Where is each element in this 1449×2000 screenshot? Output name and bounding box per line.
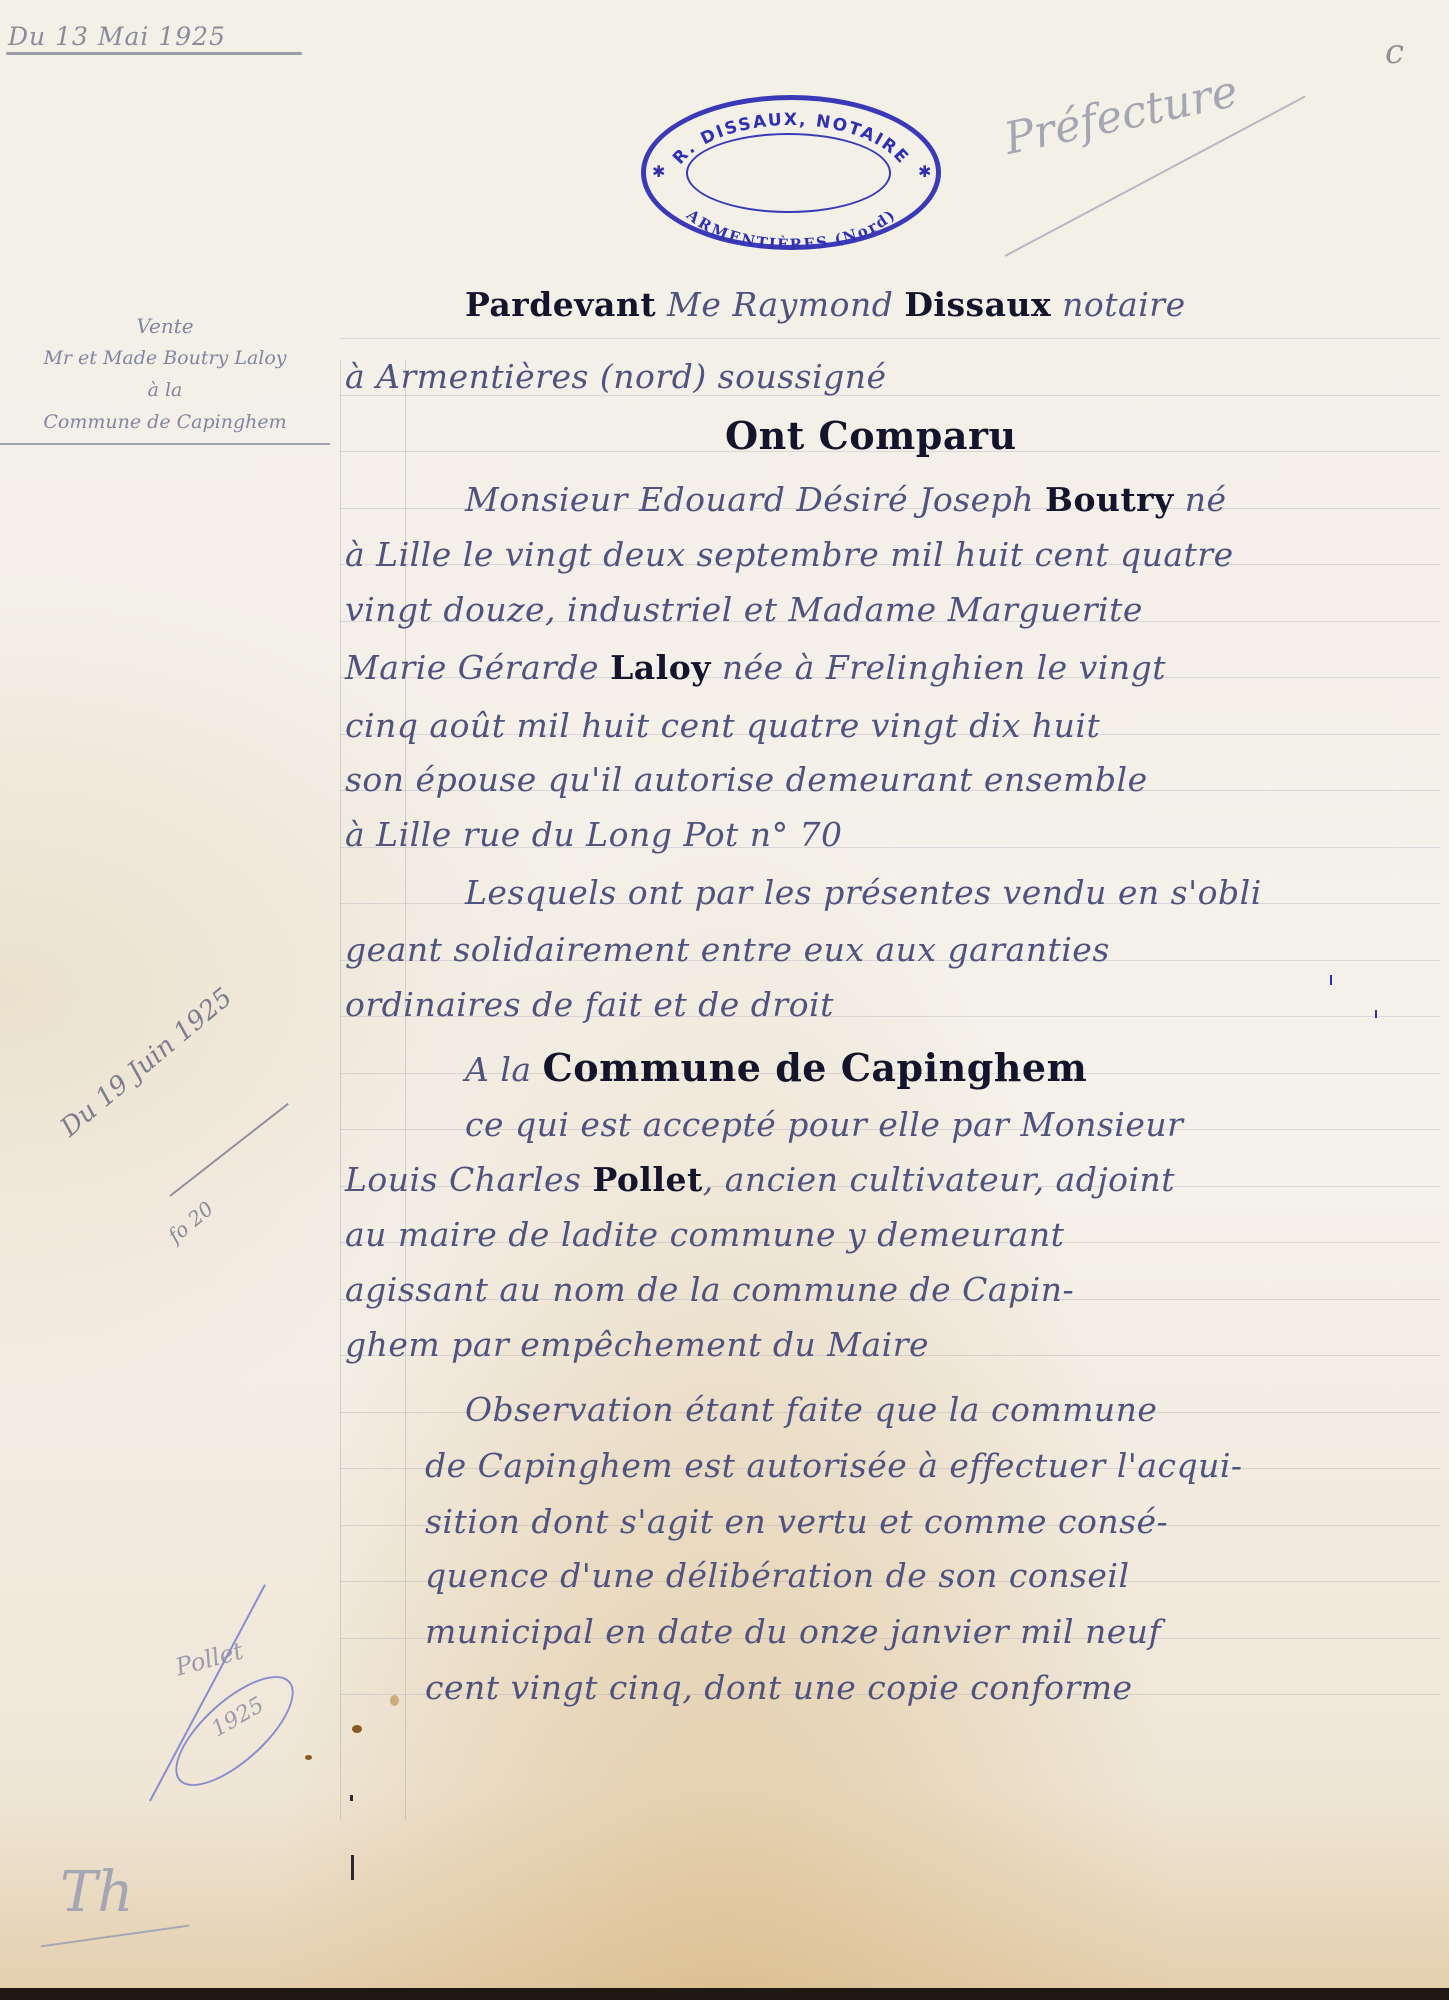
emphasized-name: Commune de Capinghem: [543, 1045, 1088, 1090]
deed-text-line: à Armentières (nord) soussigné: [345, 357, 1440, 396]
text-run: ce qui est accepté pour elle par Monsieu…: [465, 1105, 1183, 1144]
text-run: née à Frelinghien le vingt: [711, 648, 1166, 687]
text-run: Me Raymond: [656, 285, 904, 324]
deed-text-line: à Lille le vingt deux septembre mil huit…: [345, 535, 1440, 574]
text-run: A la: [465, 1050, 543, 1089]
deed-text-line: vingt douze, industriel et Madame Margue…: [345, 590, 1440, 629]
stain: [352, 1725, 362, 1733]
deed-text-line: Pardevant Me Raymond Dissaux notaire: [345, 285, 1449, 324]
margin-note-underline: [0, 443, 330, 445]
deed-text-line: ordinaires de fait et de droit: [345, 985, 1440, 1024]
text-run: à Armentières (nord) soussigné: [345, 357, 887, 396]
text-run: cent vingt cinq, dont une copie conforme: [425, 1668, 1133, 1707]
text-run: Louis Charles: [345, 1160, 592, 1199]
emphasized-name: Dissaux: [904, 285, 1051, 324]
text-run: né: [1174, 480, 1227, 519]
date-note: Du 13 Mai 1925: [8, 22, 226, 51]
date-underline: [6, 52, 302, 55]
binding-mark: [350, 1795, 353, 1801]
text-run: Marie Gérarde: [345, 648, 610, 687]
margin-rule-inner: [405, 360, 406, 1820]
deed-text-line: à Lille rue du Long Pot n° 70: [345, 815, 1440, 854]
initials-flourish: [41, 1925, 190, 1948]
stain: [305, 1755, 312, 1760]
text-run: vingt douze, industriel et Madame Margue…: [345, 590, 1143, 629]
ink-mark: [1330, 975, 1332, 985]
text-run: Lesquels ont par les présentes vendu en …: [465, 873, 1262, 912]
pollet-signature: Pollet: [173, 1637, 247, 1682]
ruled-line: [340, 338, 1440, 339]
emphasized-name: Laloy: [610, 648, 711, 687]
text-run: geant solidairement entre eux aux garant…: [345, 930, 1110, 969]
margin-note: Vente Mr et Made Boutry Laloy à la Commu…: [0, 310, 330, 438]
emphasized-name: Boutry: [1045, 480, 1174, 519]
scan-edge: [0, 1988, 1449, 2000]
deed-text-line: Marie Gérarde Laloy née à Frelinghien le…: [345, 648, 1440, 687]
text-run: , ancien cultivateur, adjoint: [703, 1160, 1175, 1199]
deed-text-line: ce qui est accepté pour elle par Monsieu…: [345, 1105, 1449, 1144]
deed-text-line: cent vingt cinq, dont une copie conforme: [345, 1668, 1449, 1707]
deed-text-line: ghem par empêchement du Maire: [345, 1325, 1440, 1364]
binding-mark: [351, 1855, 354, 1880]
stamp-inner-oval: [686, 133, 891, 213]
deed-text-line: Lesquels ont par les présentes vendu en …: [345, 873, 1449, 912]
text-run: ordinaires de fait et de droit: [345, 985, 834, 1024]
text-run: quence d'une délibération de son conseil: [425, 1556, 1130, 1595]
margin-note-line: Mr et Made Boutry Laloy: [0, 342, 330, 374]
text-run: municipal en date du onze janvier mil ne…: [425, 1612, 1161, 1651]
margin-note-line: Commune de Capinghem: [0, 406, 330, 438]
deed-text-line: Louis Charles Pollet, ancien cultivateur…: [345, 1160, 1440, 1199]
deed-text-line: municipal en date du onze janvier mil ne…: [345, 1612, 1449, 1651]
deed-text-line: Ont Comparu: [345, 413, 1449, 458]
text-run: notaire: [1051, 285, 1185, 324]
margin-note-title: Vente: [0, 310, 330, 342]
deed-text-line: au maire de ladite commune y demeurant: [345, 1215, 1440, 1254]
stain: [390, 1695, 399, 1706]
ink-mark: [1375, 1010, 1377, 1018]
text-run: sition dont s'agit en vertu et comme con…: [425, 1502, 1168, 1541]
text-run: son épouse qu'il autorise demeurant ense…: [345, 760, 1148, 799]
text-run: au maire de ladite commune y demeurant: [345, 1215, 1064, 1254]
star-icon: ✱: [918, 164, 931, 180]
deed-text-line: sition dont s'agit en vertu et comme con…: [345, 1502, 1449, 1541]
deed-text-line: son épouse qu'il autorise demeurant ense…: [345, 760, 1440, 799]
text-run: à Lille le vingt deux septembre mil huit…: [345, 535, 1234, 574]
text-run: ghem par empêchement du Maire: [345, 1325, 929, 1364]
star-icon: ✱: [652, 164, 665, 180]
text-run: à Lille rue du Long Pot n° 70: [345, 815, 843, 854]
deed-text-line: cinq août mil huit cent quatre vingt dix…: [345, 706, 1440, 745]
margin-note-line: à la: [0, 374, 330, 406]
deed-text-line: geant solidairement entre eux aux garant…: [345, 930, 1440, 969]
side-date-annotation: Du 19 Juin 1925: [55, 983, 238, 1143]
emphasized-name: Pollet: [592, 1160, 702, 1199]
deed-text-line: quence d'une délibération de son conseil: [345, 1556, 1449, 1595]
text-run: cinq août mil huit cent quatre vingt dix…: [345, 706, 1100, 745]
document-page: Du 13 Mai 1925 c R. DISSAUX, NOTAIRE ARM…: [0, 0, 1449, 1990]
corner-mark: c: [1385, 32, 1404, 72]
deed-text-line: agissant au nom de la commune de Capin-: [345, 1270, 1440, 1309]
text-run: agissant au nom de la commune de Capin-: [345, 1270, 1074, 1309]
deed-text-line: de Capinghem est autorisée à effectuer l…: [345, 1446, 1449, 1485]
text-run: Monsieur Edouard Désiré Joseph: [465, 480, 1045, 519]
deed-text-line: Monsieur Edouard Désiré Joseph Boutry né: [345, 480, 1449, 519]
bottom-initials: Th: [60, 1860, 133, 1925]
deed-text-line: Observation étant faite que la commune: [345, 1390, 1449, 1429]
side-folio-annotation: fo 20: [163, 1196, 218, 1247]
emphasized-name: Ont Comparu: [725, 413, 1017, 458]
text-run: de Capinghem est autorisée à effectuer l…: [425, 1446, 1243, 1485]
margin-rule: [340, 360, 341, 1820]
notary-stamp: R. DISSAUX, NOTAIRE ARMENTIÈRES (Nord) ✱…: [641, 95, 941, 250]
side-stroke: [169, 1103, 288, 1197]
text-run: Observation étant faite que la commune: [465, 1390, 1157, 1429]
deed-text-line: A la Commune de Capinghem: [345, 1045, 1449, 1090]
emphasized-name: Pardevant: [465, 285, 656, 324]
